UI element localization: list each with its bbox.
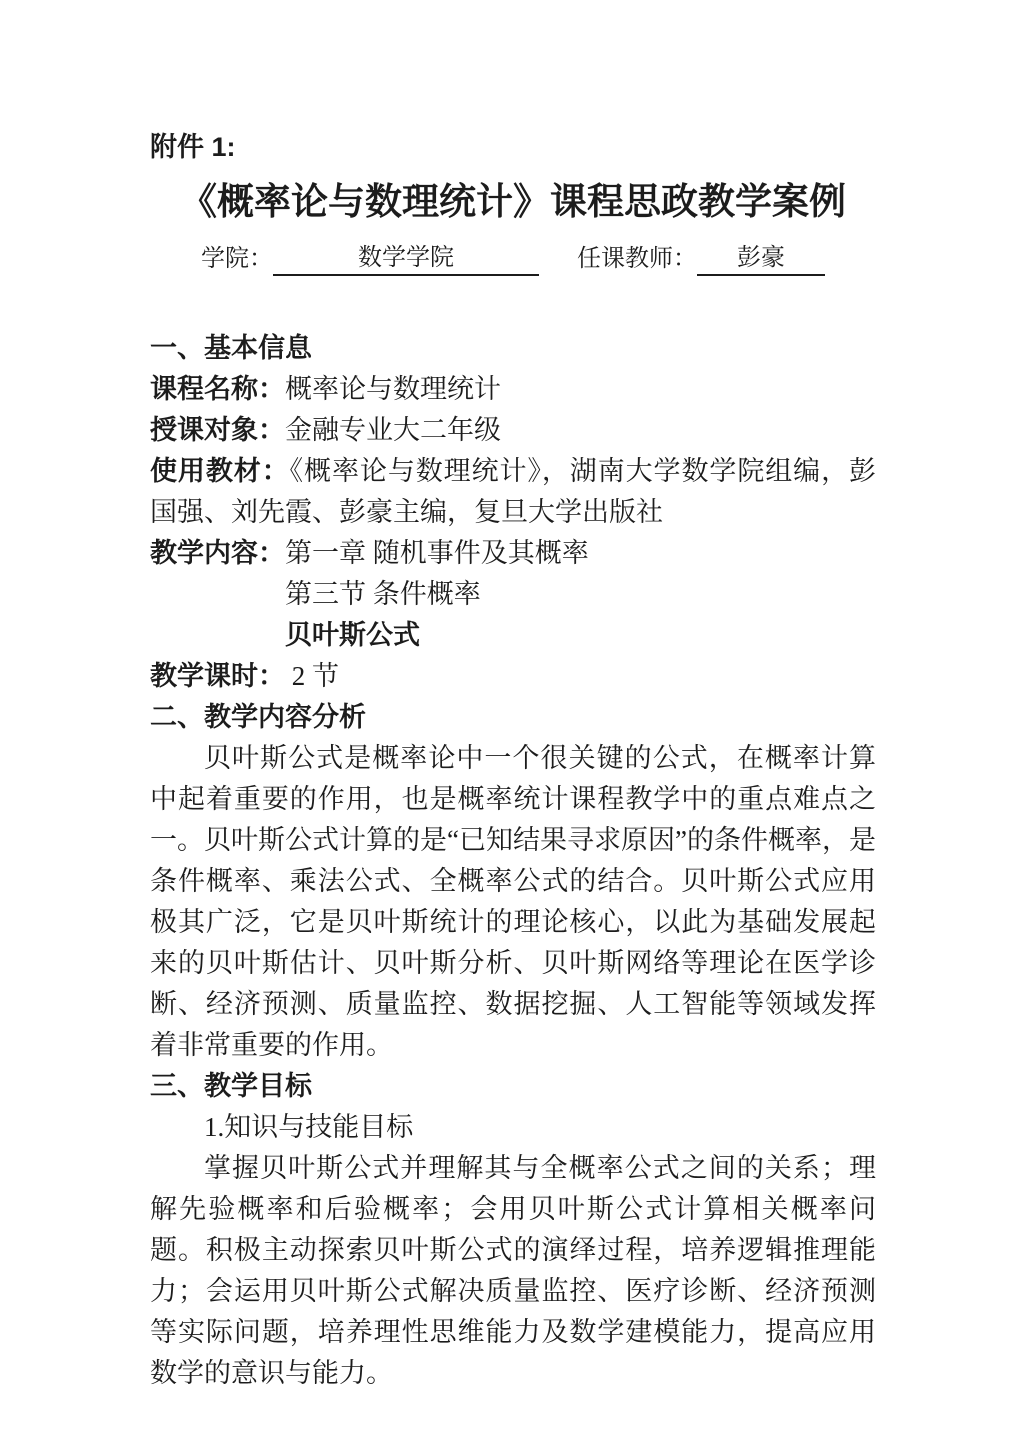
info-row-class-hours: 教学课时： 2 节 <box>150 656 876 697</box>
attachment-label: 附件 1: <box>150 130 876 164</box>
teacher-group: 任课教师：彭豪 <box>577 242 825 276</box>
info-row-audience: 授课对象：金融专业大二年级 <box>150 410 876 451</box>
teacher-value-underline: 彭豪 <box>697 242 825 276</box>
course-name-label: 课程名称： <box>150 374 285 404</box>
section-heading-basic-info: 一、基本信息 <box>150 328 876 369</box>
teacher-value: 彭豪 <box>737 245 785 271</box>
audience-label: 授课对象： <box>150 415 285 445</box>
school-value: 数学学院 <box>358 245 454 271</box>
school-value-underline: 数学学院 <box>273 242 539 276</box>
content-analysis-paragraph: 贝叶斯公式是概率论中一个很关键的公式，在概率计算中起着重要的作用，也是概率统计课… <box>150 738 876 1066</box>
teacher-label: 任课教师： <box>577 246 697 272</box>
info-row-course-name: 课程名称：概率论与数理统计 <box>150 369 876 410</box>
section-heading-teaching-objectives: 三、教学目标 <box>150 1066 876 1107</box>
section-heading-content-analysis: 二、教学内容分析 <box>150 697 876 738</box>
school-label: 学院： <box>201 246 273 272</box>
audience-value: 金融专业大二年级 <box>285 415 501 445</box>
document-title: 《概率论与数理统计》课程思政教学案例 <box>150 178 876 226</box>
class-hours-label: 教学课时： <box>150 661 285 691</box>
teaching-content-line-chapter: 第一章 随机事件及其概率 <box>285 533 876 574</box>
info-row-textbook: 使用教材：《概率论与数理统计》，湖南大学数学院组编，彭国强、刘先霞、彭豪主编，复… <box>150 451 876 533</box>
textbook-label: 使用教材： <box>150 456 290 486</box>
document-body: 一、基本信息 课程名称：概率论与数理统计 授课对象：金融专业大二年级 使用教材：… <box>150 328 876 1394</box>
info-row-teaching-content: 教学内容： 第一章 随机事件及其概率 第三节 条件概率 贝叶斯公式 <box>150 533 876 656</box>
objectives-subheading: 1.知识与技能目标 <box>150 1107 876 1148</box>
objectives-paragraph: 掌握贝叶斯公式并理解其与全概率公式之间的关系；理解先验概率和后验概率；会用贝叶斯… <box>150 1148 876 1394</box>
teaching-content-line-topic: 贝叶斯公式 <box>285 615 876 656</box>
class-hours-value: 2 节 <box>292 661 339 691</box>
school-group: 学院：数学学院 <box>201 242 539 276</box>
teaching-content-line-section: 第三节 条件概率 <box>285 574 876 615</box>
document-page: 附件 1: 《概率论与数理统计》课程思政教学案例 学院：数学学院任课教师：彭豪 … <box>0 0 1024 1448</box>
byline: 学院：数学学院任课教师：彭豪 <box>150 242 876 276</box>
course-name-value: 概率论与数理统计 <box>285 374 501 404</box>
page-content: 附件 1: 《概率论与数理统计》课程思政教学案例 学院：数学学院任课教师：彭豪 … <box>150 0 876 1394</box>
teaching-content-label: 教学内容： <box>150 533 285 656</box>
teaching-content-values: 第一章 随机事件及其概率 第三节 条件概率 贝叶斯公式 <box>285 533 876 656</box>
